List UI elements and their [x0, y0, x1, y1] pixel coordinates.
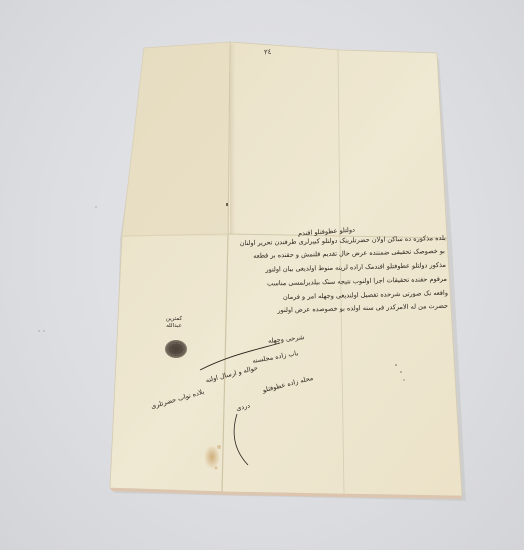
page-number-mark: ٢٤ [264, 48, 272, 57]
ink-seal [165, 340, 187, 358]
stain [204, 445, 220, 469]
document-photo: ٢٤ دولتلو عطوفتلو افندم بلده مذکوره ده س… [0, 0, 524, 550]
seal-caption: کمترین عبدالله [163, 316, 185, 330]
